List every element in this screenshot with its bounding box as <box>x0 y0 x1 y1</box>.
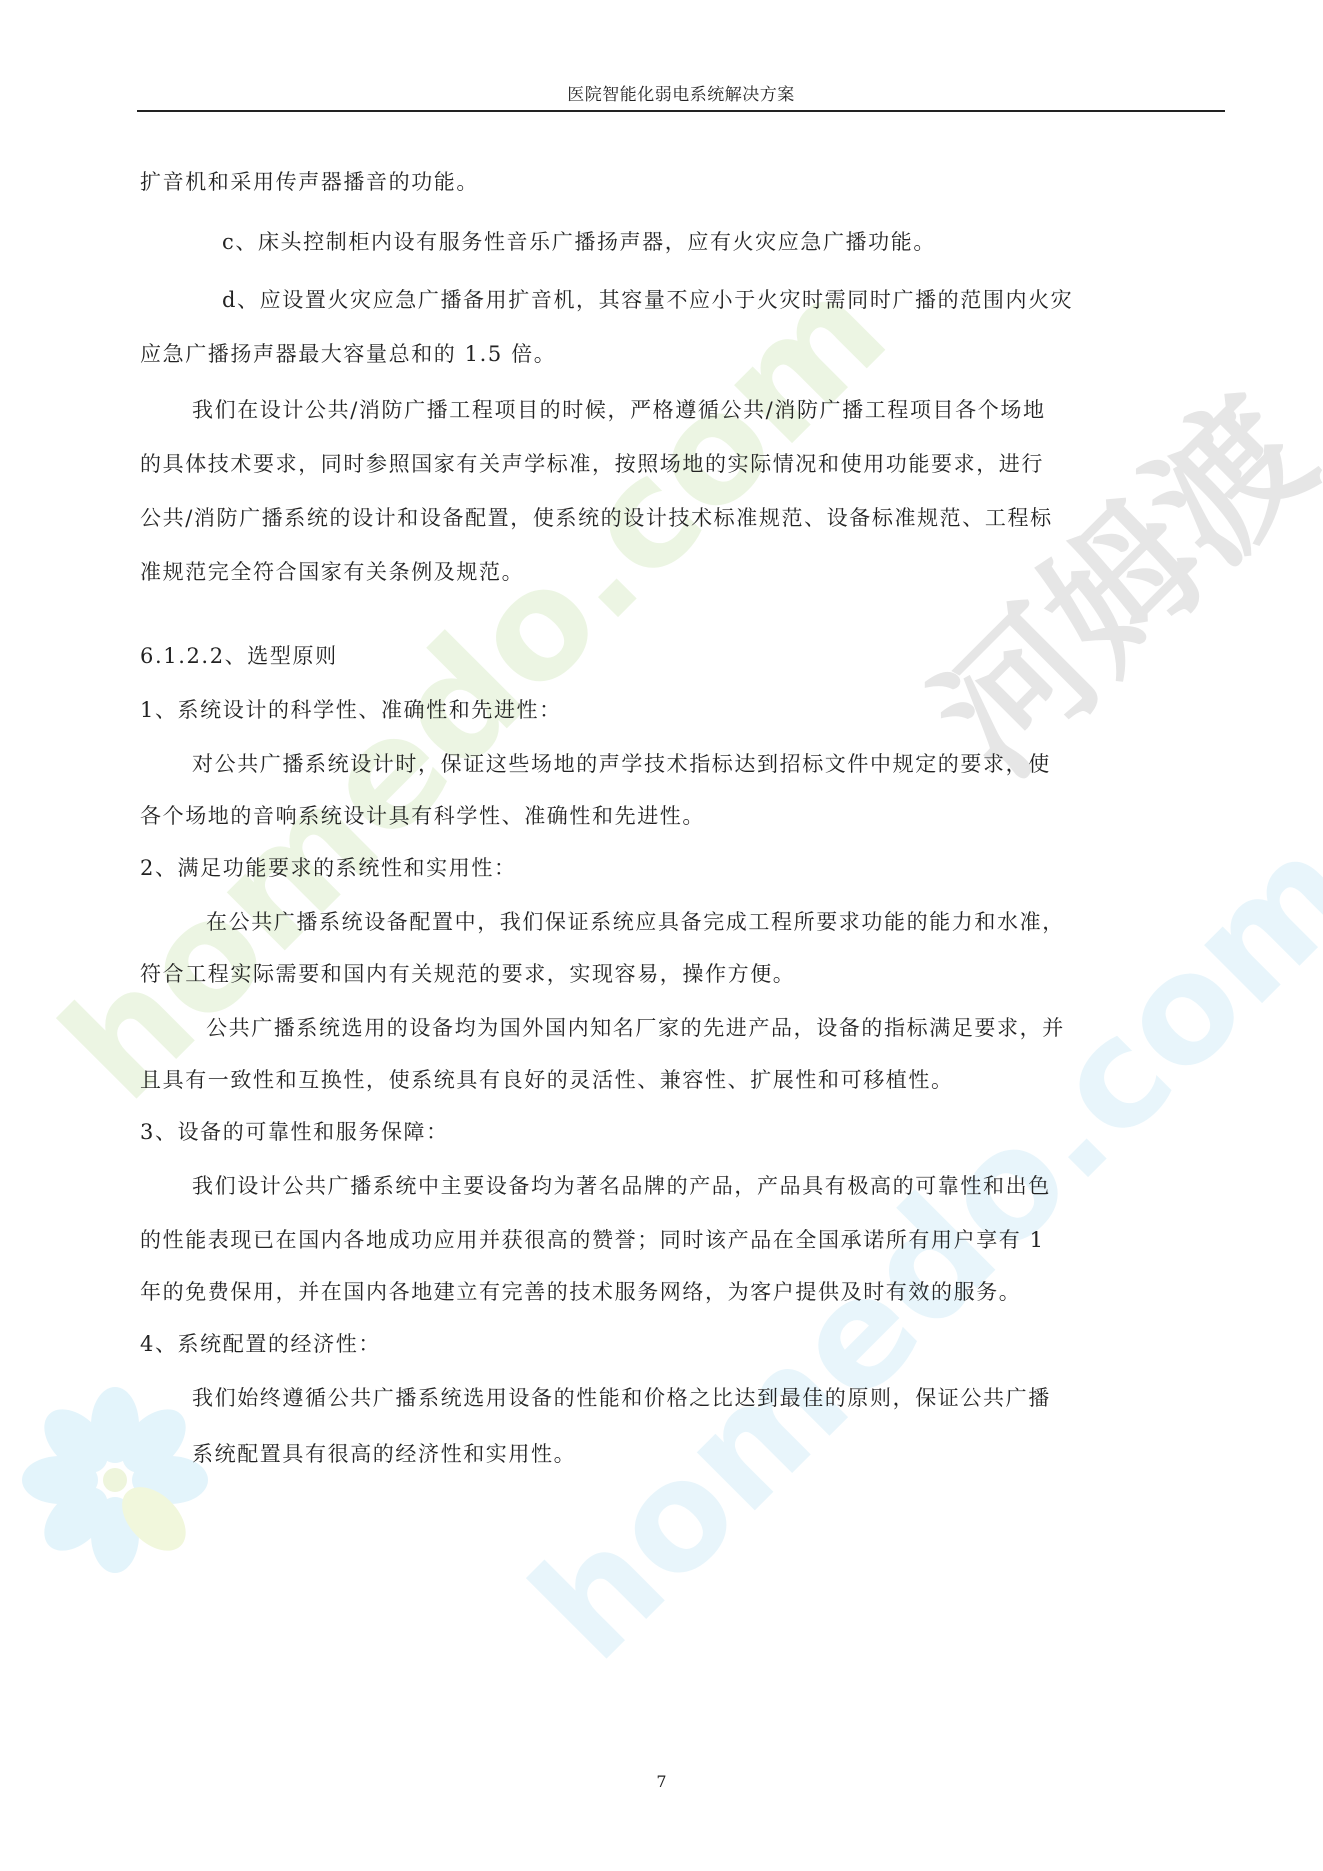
text-line: 6.1.2.2、选型原则 <box>140 640 338 670</box>
text-line: 我们设计公共广播系统中主要设备均为著名品牌的产品，产品具有极高的可靠性和出色 <box>192 1170 1051 1200</box>
text-line: 系统配置具有很高的经济性和实用性。 <box>192 1438 576 1468</box>
text-line: 我们始终遵循公共广播系统选用设备的性能和价格之比达到最佳的原则，保证公共广播 <box>192 1382 1051 1412</box>
text-line: 的性能表现已在国内各地成功应用并获很高的赞誉；同时该产品在全国承诺所有用户享有 … <box>140 1224 1045 1254</box>
text-line: 公共/消防广播系统的设计和设备配置，使系统的设计技术标准规范、设备标准规范、工程… <box>140 502 1053 532</box>
page-number: 7 <box>0 1772 1323 1791</box>
text-line: 准规范完全符合国家有关条例及规范。 <box>140 556 524 586</box>
document-title: 医院智能化弱电系统解决方案 <box>137 80 1225 105</box>
text-line: 且具有一致性和互换性，使系统具有良好的灵活性、兼容性、扩展性和可移植性。 <box>140 1064 954 1094</box>
text-line: 对公共广播系统设计时，保证这些场地的声学技术指标达到招标文件中规定的要求，使 <box>192 748 1051 778</box>
text-line: 在公共广播系统设备配置中，我们保证系统应具备完成工程所要求功能的能力和水准， <box>206 906 1065 936</box>
text-line: 4、系统配置的经济性： <box>140 1328 381 1358</box>
text-line: d、应设置火灾应急广播备用扩音机，其容量不应小于火灾时需同时广播的范围内火灾 <box>222 284 1073 314</box>
text-line: c、床头控制柜内设有服务性音乐广播扬声器，应有火灾应急广播功能。 <box>222 226 936 256</box>
text-line: 2、满足功能要求的系统性和实用性： <box>140 852 517 882</box>
watermark-text-en-left: homedo.com <box>30 244 919 1133</box>
watermark-flower-icon <box>15 1380 215 1580</box>
text-line: 1、系统设计的科学性、准确性和先进性： <box>140 694 562 724</box>
text-line: 应急广播扬声器最大容量总和的 1.5 倍。 <box>140 338 556 368</box>
page-header: 医院智能化弱电系统解决方案 <box>137 78 1225 112</box>
text-line: 各个场地的音响系统设计具有科学性、准确性和先进性。 <box>140 800 705 830</box>
text-line: 符合工程实际需要和国内有关规范的要求，实现容易，操作方便。 <box>140 958 795 988</box>
text-line: 扩音机和采用传声器播音的功能。 <box>140 166 479 196</box>
text-line: 的具体技术要求，同时参照国家有关声学标准，按照场地的实际情况和使用功能要求，进行 <box>140 448 1044 478</box>
text-line: 公共广播系统选用的设备均为国外国内知名厂家的先进产品，设备的指标满足要求，并 <box>206 1012 1065 1042</box>
text-line: 我们在设计公共/消防广播工程项目的时候，严格遵循公共/消防广播工程项目各个场地 <box>192 394 1046 424</box>
text-line: 3、设备的可靠性和服务保障： <box>140 1116 449 1146</box>
text-line: 年的免费保用，并在国内各地建立有完善的技术服务网络，为客户提供及时有效的服务。 <box>140 1276 1021 1306</box>
